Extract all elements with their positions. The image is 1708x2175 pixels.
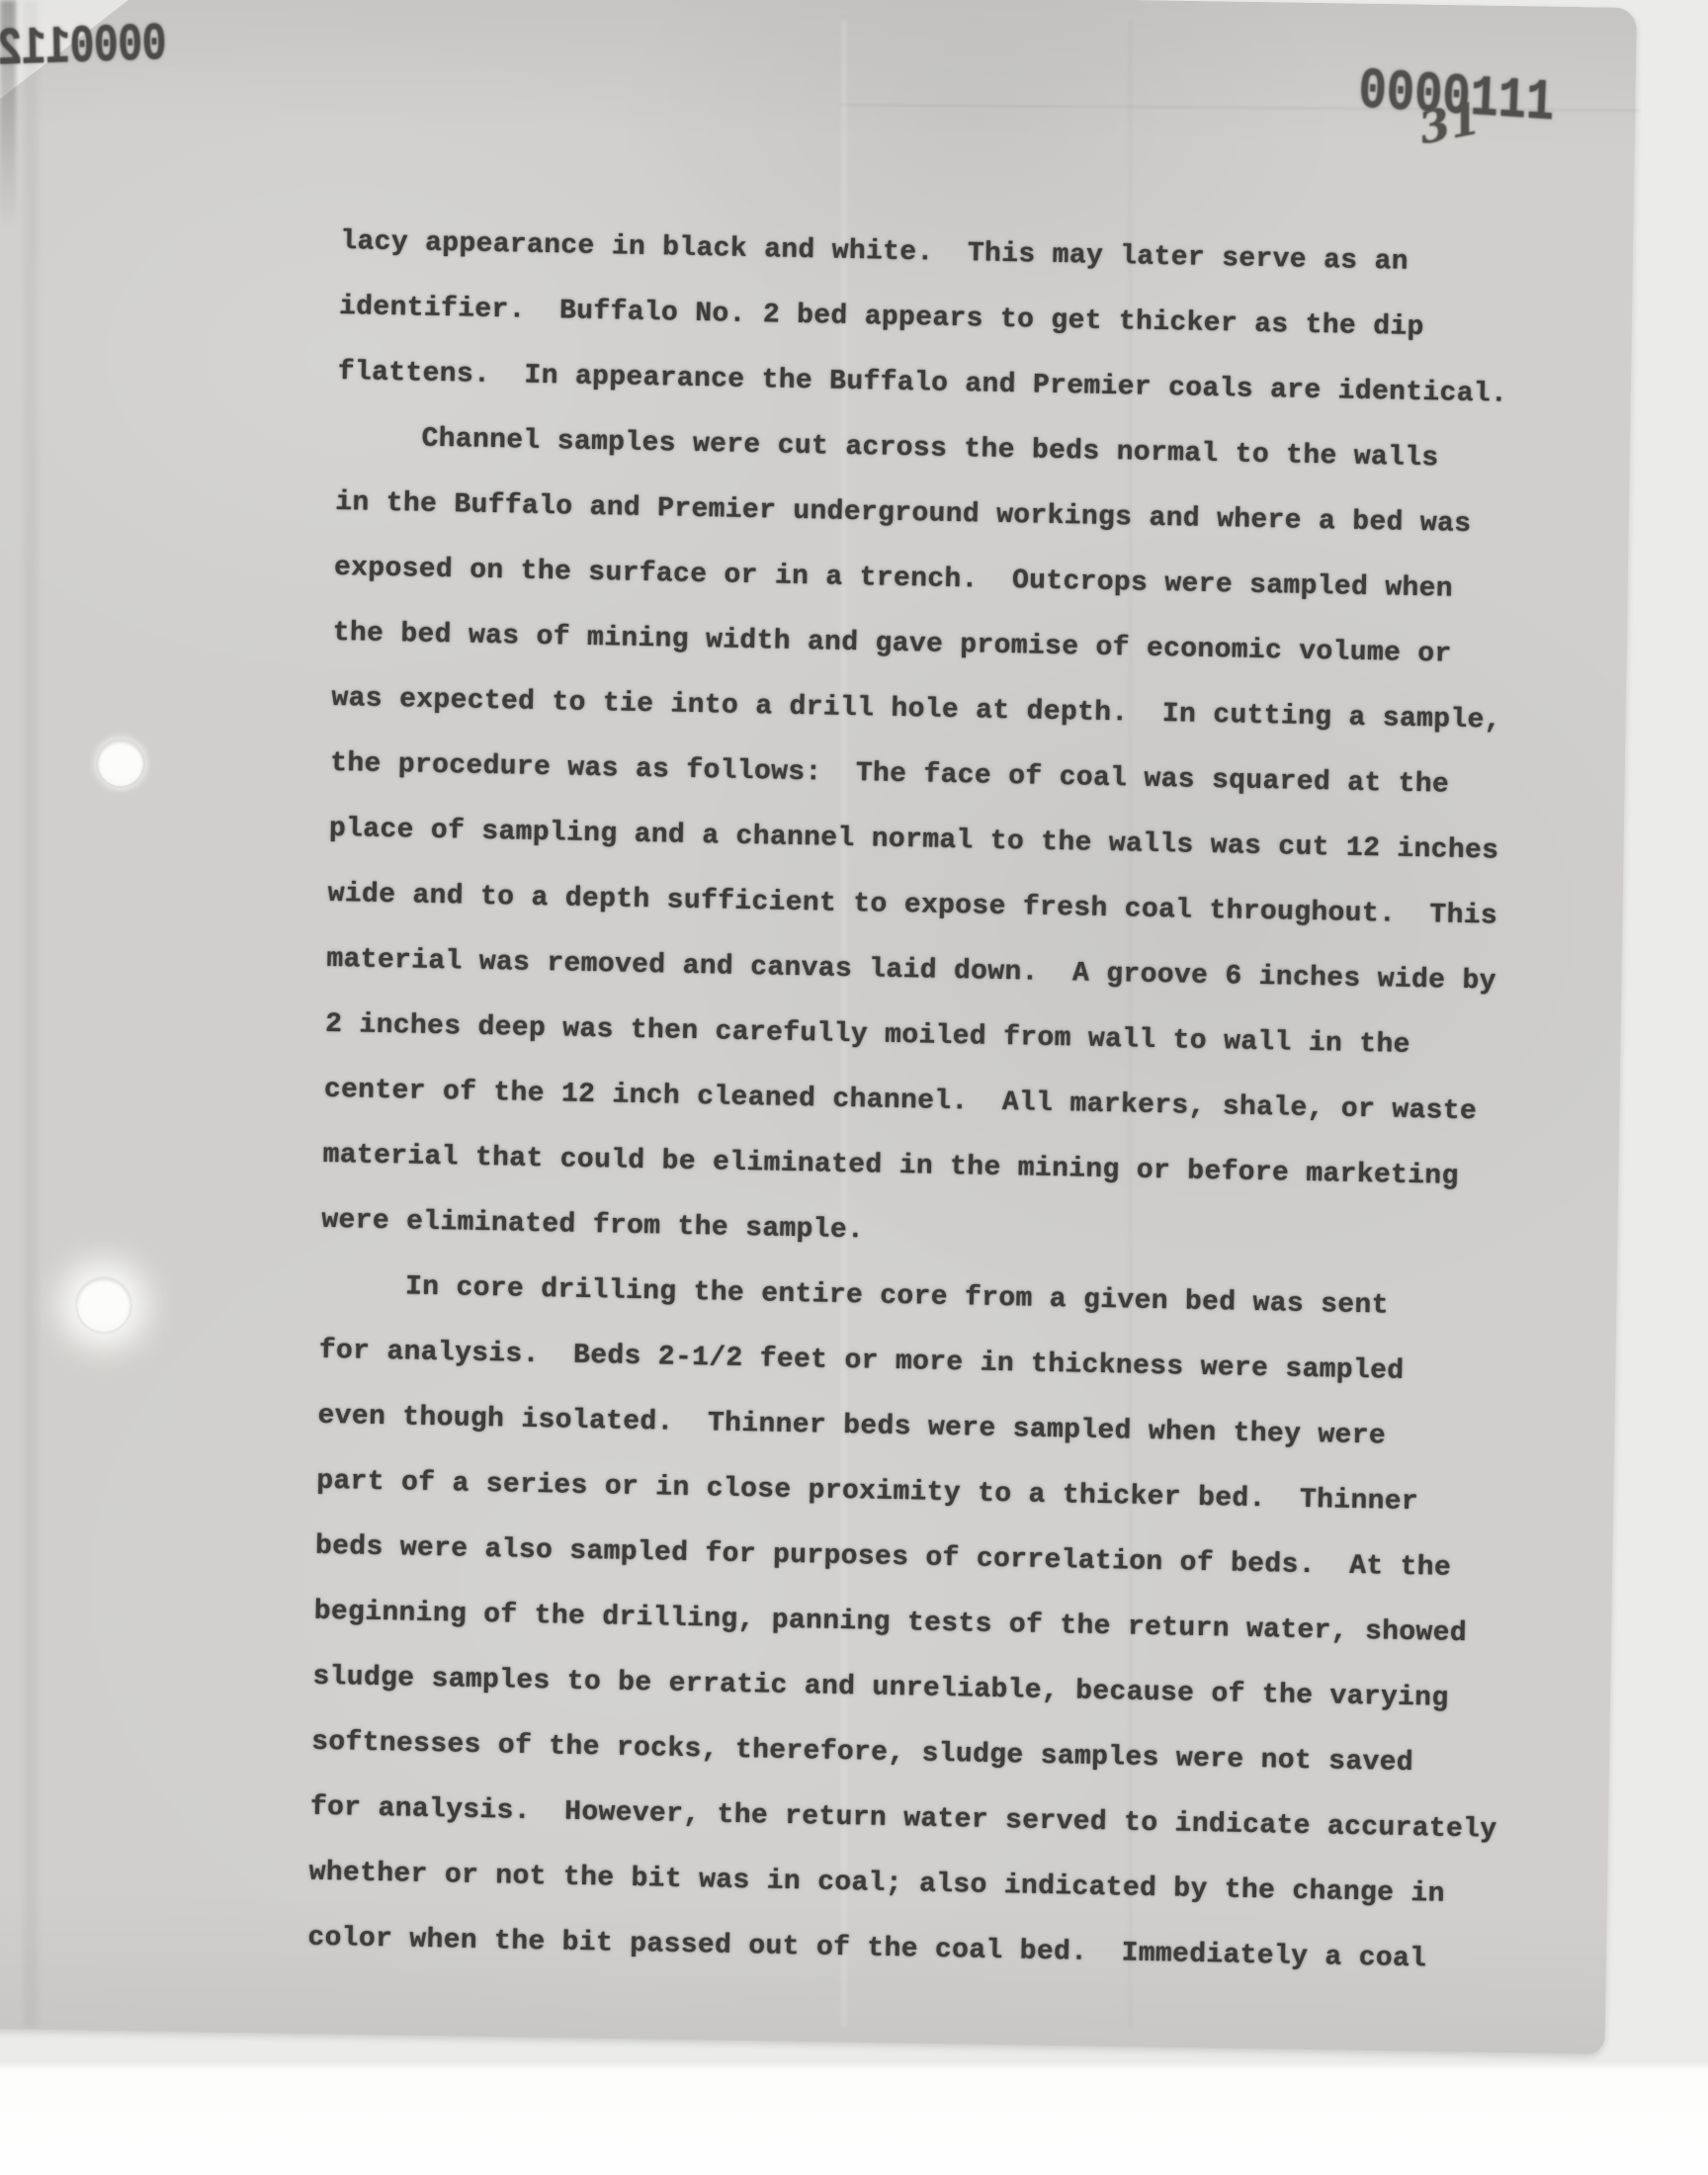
paragraph: In core drilling the entire core from a …	[307, 1254, 1586, 1995]
scan-edge-shadow-soft	[24, 0, 38, 2027]
punch-hole-bottom	[77, 1278, 130, 1332]
typed-text-block: lacy appearance in black and white. This…	[307, 210, 1606, 1995]
paragraph: Channel samples were cut across the beds…	[321, 405, 1602, 1277]
document-page: 0000112 0000111 31 lacy appearance in bl…	[0, 0, 1708, 2175]
punch-hole-top	[98, 740, 143, 786]
paragraph: lacy appearance in black and white. This…	[337, 210, 1606, 430]
stamp-mirrored-number: 0000112	[0, 16, 167, 80]
